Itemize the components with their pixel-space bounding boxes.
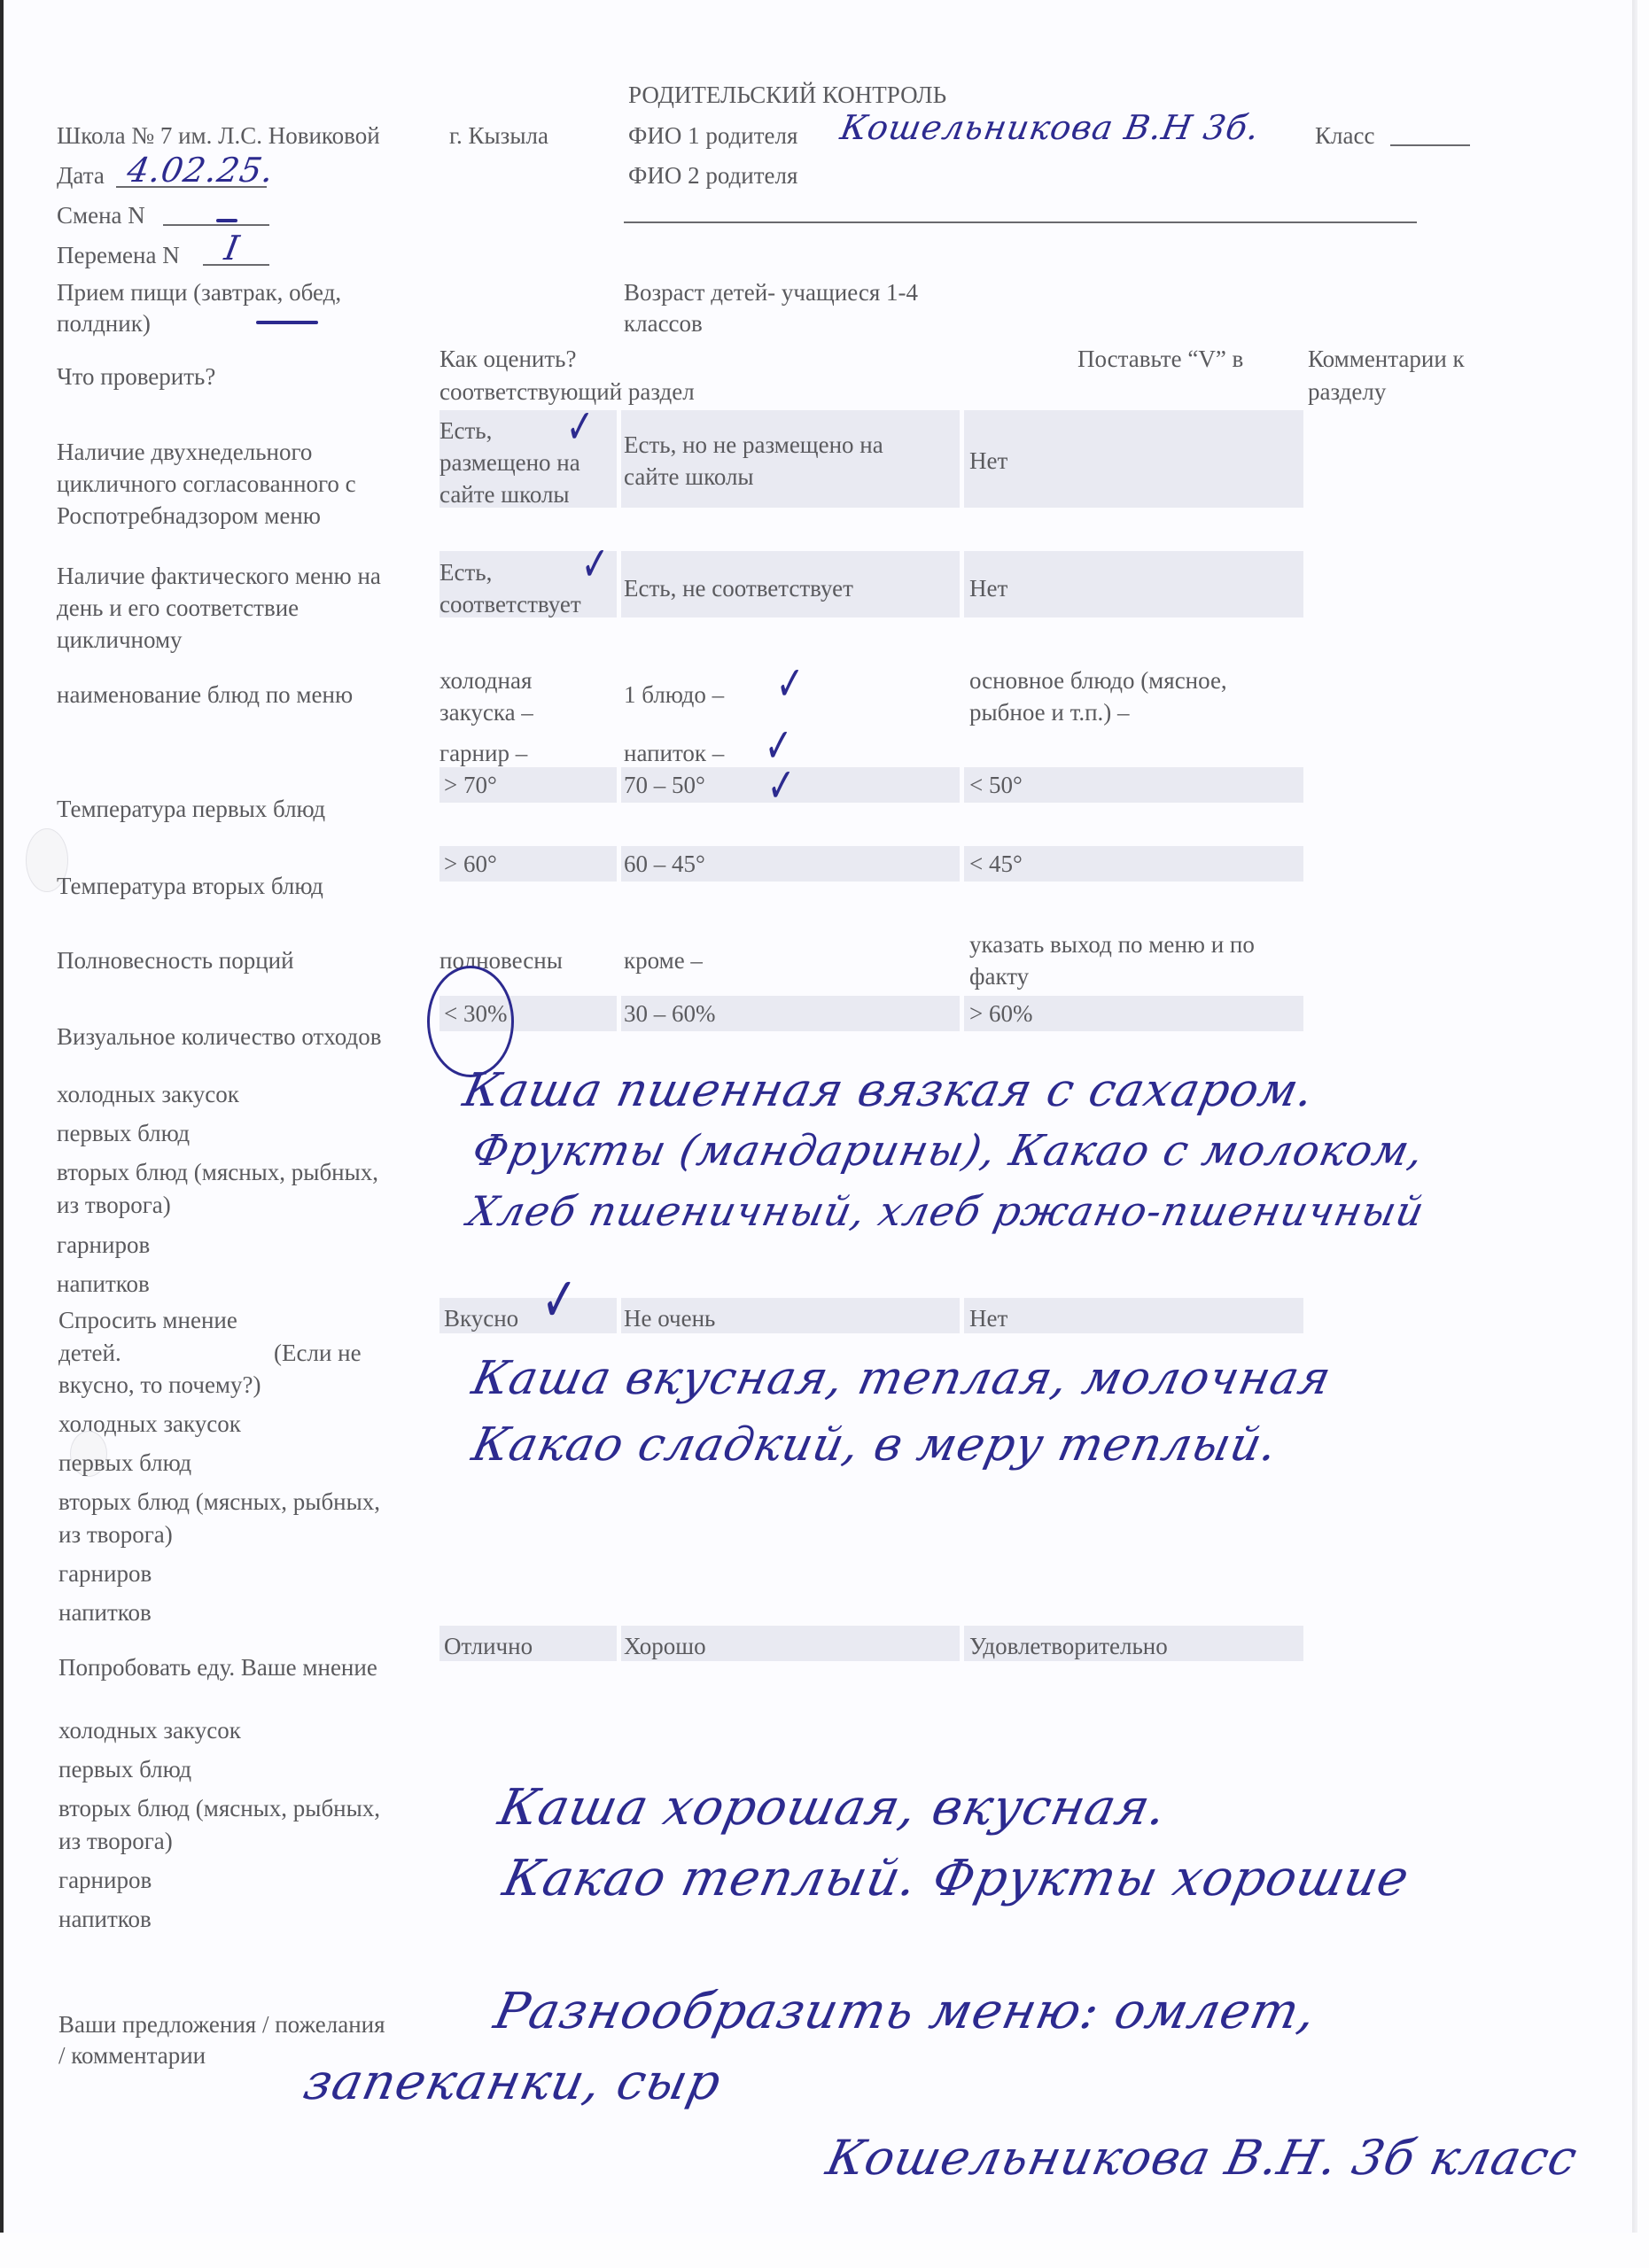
parent2-label: ФИО 2 родителя (628, 158, 797, 193)
opinion-sub-second-1: вторых блюд (мясных, рыбных, (58, 1484, 380, 1519)
parent-signature: Кошельникова В.Н. 3б класс (821, 2131, 1582, 2186)
row4-label: Температура первых блюд (57, 791, 325, 827)
row7-option3: > 60% (969, 996, 1032, 1031)
opinion-option3: Нет (969, 1301, 1007, 1336)
break-label: Перемена N (57, 237, 180, 273)
row2-label-3: цикличному (57, 622, 183, 657)
taste-note-line2[interactable]: Какао теплый. Фрукты хорошие (498, 1852, 1413, 1907)
col-comments-1: Комментарии к (1308, 341, 1465, 377)
waste-sub-drinks: напитков (57, 1266, 150, 1301)
form-title: РОДИТЕЛЬСКИЙ КОНТРОЛЬ (628, 77, 946, 113)
row6-label: Полновесность порций (57, 943, 294, 978)
row5-option3: < 45° (969, 846, 1023, 882)
taste-option1: Отлично (444, 1628, 533, 1664)
row7-circle-mark (427, 966, 514, 1077)
row2-option1-line1: Есть, (439, 555, 492, 590)
meal-label-1: Прием пищи (завтрак, обед, (57, 275, 341, 310)
row6-option2: кроме – (624, 943, 703, 978)
row3-cold-snack-2: закуска – (439, 695, 533, 730)
opinion-sub-side: гарниров (58, 1556, 152, 1591)
opinion-option2: Не очень (624, 1301, 715, 1336)
age-label-2: классов (624, 306, 703, 341)
taste-option2: Хорошо (624, 1628, 706, 1664)
row6-option3-2: факту (969, 959, 1029, 994)
row1-option2-line1: Есть, но не размещено на (624, 427, 883, 462)
opinion-label-2: детей. (58, 1335, 121, 1371)
parent1-label: ФИО 1 родителя (628, 118, 797, 153)
row1-option1-line3: сайте школы (439, 477, 570, 512)
opinion-option3-cell[interactable] (964, 1298, 1303, 1333)
row1-option3: Нет (969, 443, 1007, 478)
opinion-option1: Вкусно (444, 1301, 518, 1336)
taste-note-line1[interactable]: Каша хорошая, вкусная. (494, 1781, 1171, 1836)
row4-option2: 70 – 50° (624, 767, 705, 803)
row4-option3: < 50° (969, 767, 1023, 803)
suggestions-label-1: Ваши предложения / пожелания (58, 2007, 385, 2042)
taste-sub-cold: холодных закусок (58, 1713, 241, 1748)
waste-sub-side: гарниров (57, 1227, 150, 1262)
row2-option3: Нет (969, 571, 1007, 606)
opinion-label-1: Спросить мнение (58, 1302, 237, 1338)
suggestions-label-2: / комментарии (58, 2038, 206, 2073)
row7-label: Визуальное количество отходов (57, 1019, 382, 1054)
row6-option3-1: указать выход по меню и по (969, 927, 1255, 962)
row1-option3-cell[interactable] (964, 410, 1303, 508)
col-put-v: Поставьте “V” в (1077, 341, 1243, 377)
city-name: г. Кызыла (449, 118, 548, 153)
row2-option2: Есть, не соответствует (624, 571, 853, 606)
col-how-to-rate-1: Как оценить? (439, 341, 576, 377)
row1-option2-line2: сайте школы (624, 459, 754, 494)
row3-first-course: 1 блюдо – (624, 677, 724, 712)
col-comments-2: разделу (1308, 374, 1386, 409)
opinion-sub-first: первых блюд (58, 1445, 191, 1480)
waste-note-line1[interactable]: Каша пшенная вязкая с сахаром. (458, 1063, 1319, 1118)
age-label-1: Возраст детей- учащиеся 1-4 (624, 275, 918, 310)
row3-label: наименование блюд по меню (57, 677, 353, 712)
row4-check-mark: ✓ (767, 762, 796, 810)
taste-sub-second-1: вторых блюд (мясных, рыбных, (58, 1790, 380, 1826)
waste-sub-second-1: вторых блюд (мясных, рыбных, (57, 1154, 378, 1190)
row2-option1-line2: соответствует (439, 586, 581, 622)
meal-label-2: полдник) (57, 306, 151, 341)
row3-main-course-1: основное блюдо (мясное, (969, 663, 1227, 698)
date-value[interactable]: 4.02.25. (124, 151, 277, 190)
row1-label-2: цикличного согласованного с (57, 466, 356, 501)
row3-main-course-2: рыбное и т.п.) – (969, 695, 1130, 730)
opinion-sub-drinks: напитков (58, 1595, 152, 1630)
row1-label-1: Наличие двухнедельного (57, 434, 312, 470)
row2-option3-cell[interactable] (964, 551, 1303, 617)
waste-note-line3[interactable]: Хлеб пшеничный, хлеб ржано-пшеничный (463, 1184, 1429, 1239)
shift-value-mark[interactable] (216, 219, 237, 222)
taste-sub-second-2: из творога) (58, 1823, 173, 1859)
col-what-to-check: Что проверить? (57, 359, 215, 394)
row4-option1: > 70° (444, 767, 497, 803)
row2-label-2: день и его соответствие (57, 590, 299, 625)
shift-line (163, 224, 269, 226)
waste-sub-first: первых блюд (57, 1115, 190, 1151)
waste-sub-second-2: из творога) (57, 1187, 171, 1223)
row5-label: Температура вторых блюд (57, 868, 323, 904)
waste-note-line2[interactable]: Фрукты (мандарины), Какао с молоком, (467, 1123, 1429, 1178)
row3-side-dish: гарнир – (439, 735, 527, 771)
page-edge (1632, 0, 1637, 2233)
row2-label-1: Наличие фактического меню на (57, 558, 381, 594)
taste-label: Попробовать еду. Ваше мнение (58, 1650, 377, 1685)
break-value[interactable]: I (222, 229, 243, 268)
suggestions-note-line2[interactable]: запеканки, сыр (299, 2055, 726, 2110)
row1-label-3: Роспотребнадзором меню (57, 498, 321, 533)
opinion-check-mark: ✓ (541, 1276, 578, 1324)
taste-sub-first: первых блюд (58, 1751, 191, 1787)
taste-option3: Удовлетворительно (969, 1628, 1168, 1664)
row3-drink: напиток – (624, 735, 724, 771)
school-name: Школа № 7 им. Л.С. Новиковой (57, 118, 380, 153)
row3-first-course-check: ✓ (776, 660, 805, 708)
shift-label: Смена N (57, 198, 145, 233)
taste-sub-side: гарниров (58, 1862, 152, 1898)
opinion-label-3: (Если не (274, 1335, 362, 1371)
row5-option2: 60 – 45° (624, 846, 705, 882)
waste-sub-cold: холодных закусок (57, 1076, 239, 1112)
row1-check-mark: ✓ (566, 403, 595, 451)
row3-cold-snack-1: холодная (439, 663, 532, 698)
row7-option2: 30 – 60% (624, 996, 716, 1031)
form-page: Школа № 7 им. Л.С. Новиковой г. Кызыла Р… (0, 0, 1634, 2233)
parent2-line[interactable] (624, 221, 1417, 223)
date-label: Дата (57, 158, 105, 193)
taste-sub-drinks: напитков (58, 1901, 152, 1937)
meal-value-mark[interactable] (256, 321, 318, 324)
parent1-value[interactable]: Кошельникова В.Н 3б. (837, 108, 1263, 147)
suggestions-note-line1[interactable]: Разнообразить меню: омлет, (489, 1984, 1321, 2039)
class-label: Класс (1315, 118, 1374, 153)
row1-option1-line1: Есть, (439, 413, 492, 448)
opinion-label-4: вкусно, то почему?) (58, 1367, 261, 1402)
row5-option1: > 60° (444, 846, 497, 882)
row1-option1-line2: размещено на (439, 445, 580, 480)
class-line[interactable] (1390, 144, 1470, 146)
opinion-sub-second-2: из творога) (58, 1517, 173, 1552)
row2-check-mark: ✓ (581, 540, 610, 588)
opinion-note-line1[interactable]: Каша вкусная, теплая, молочная (467, 1351, 1336, 1406)
opinion-note-line2[interactable]: Какао сладкий, в меру теплый. (467, 1417, 1282, 1472)
